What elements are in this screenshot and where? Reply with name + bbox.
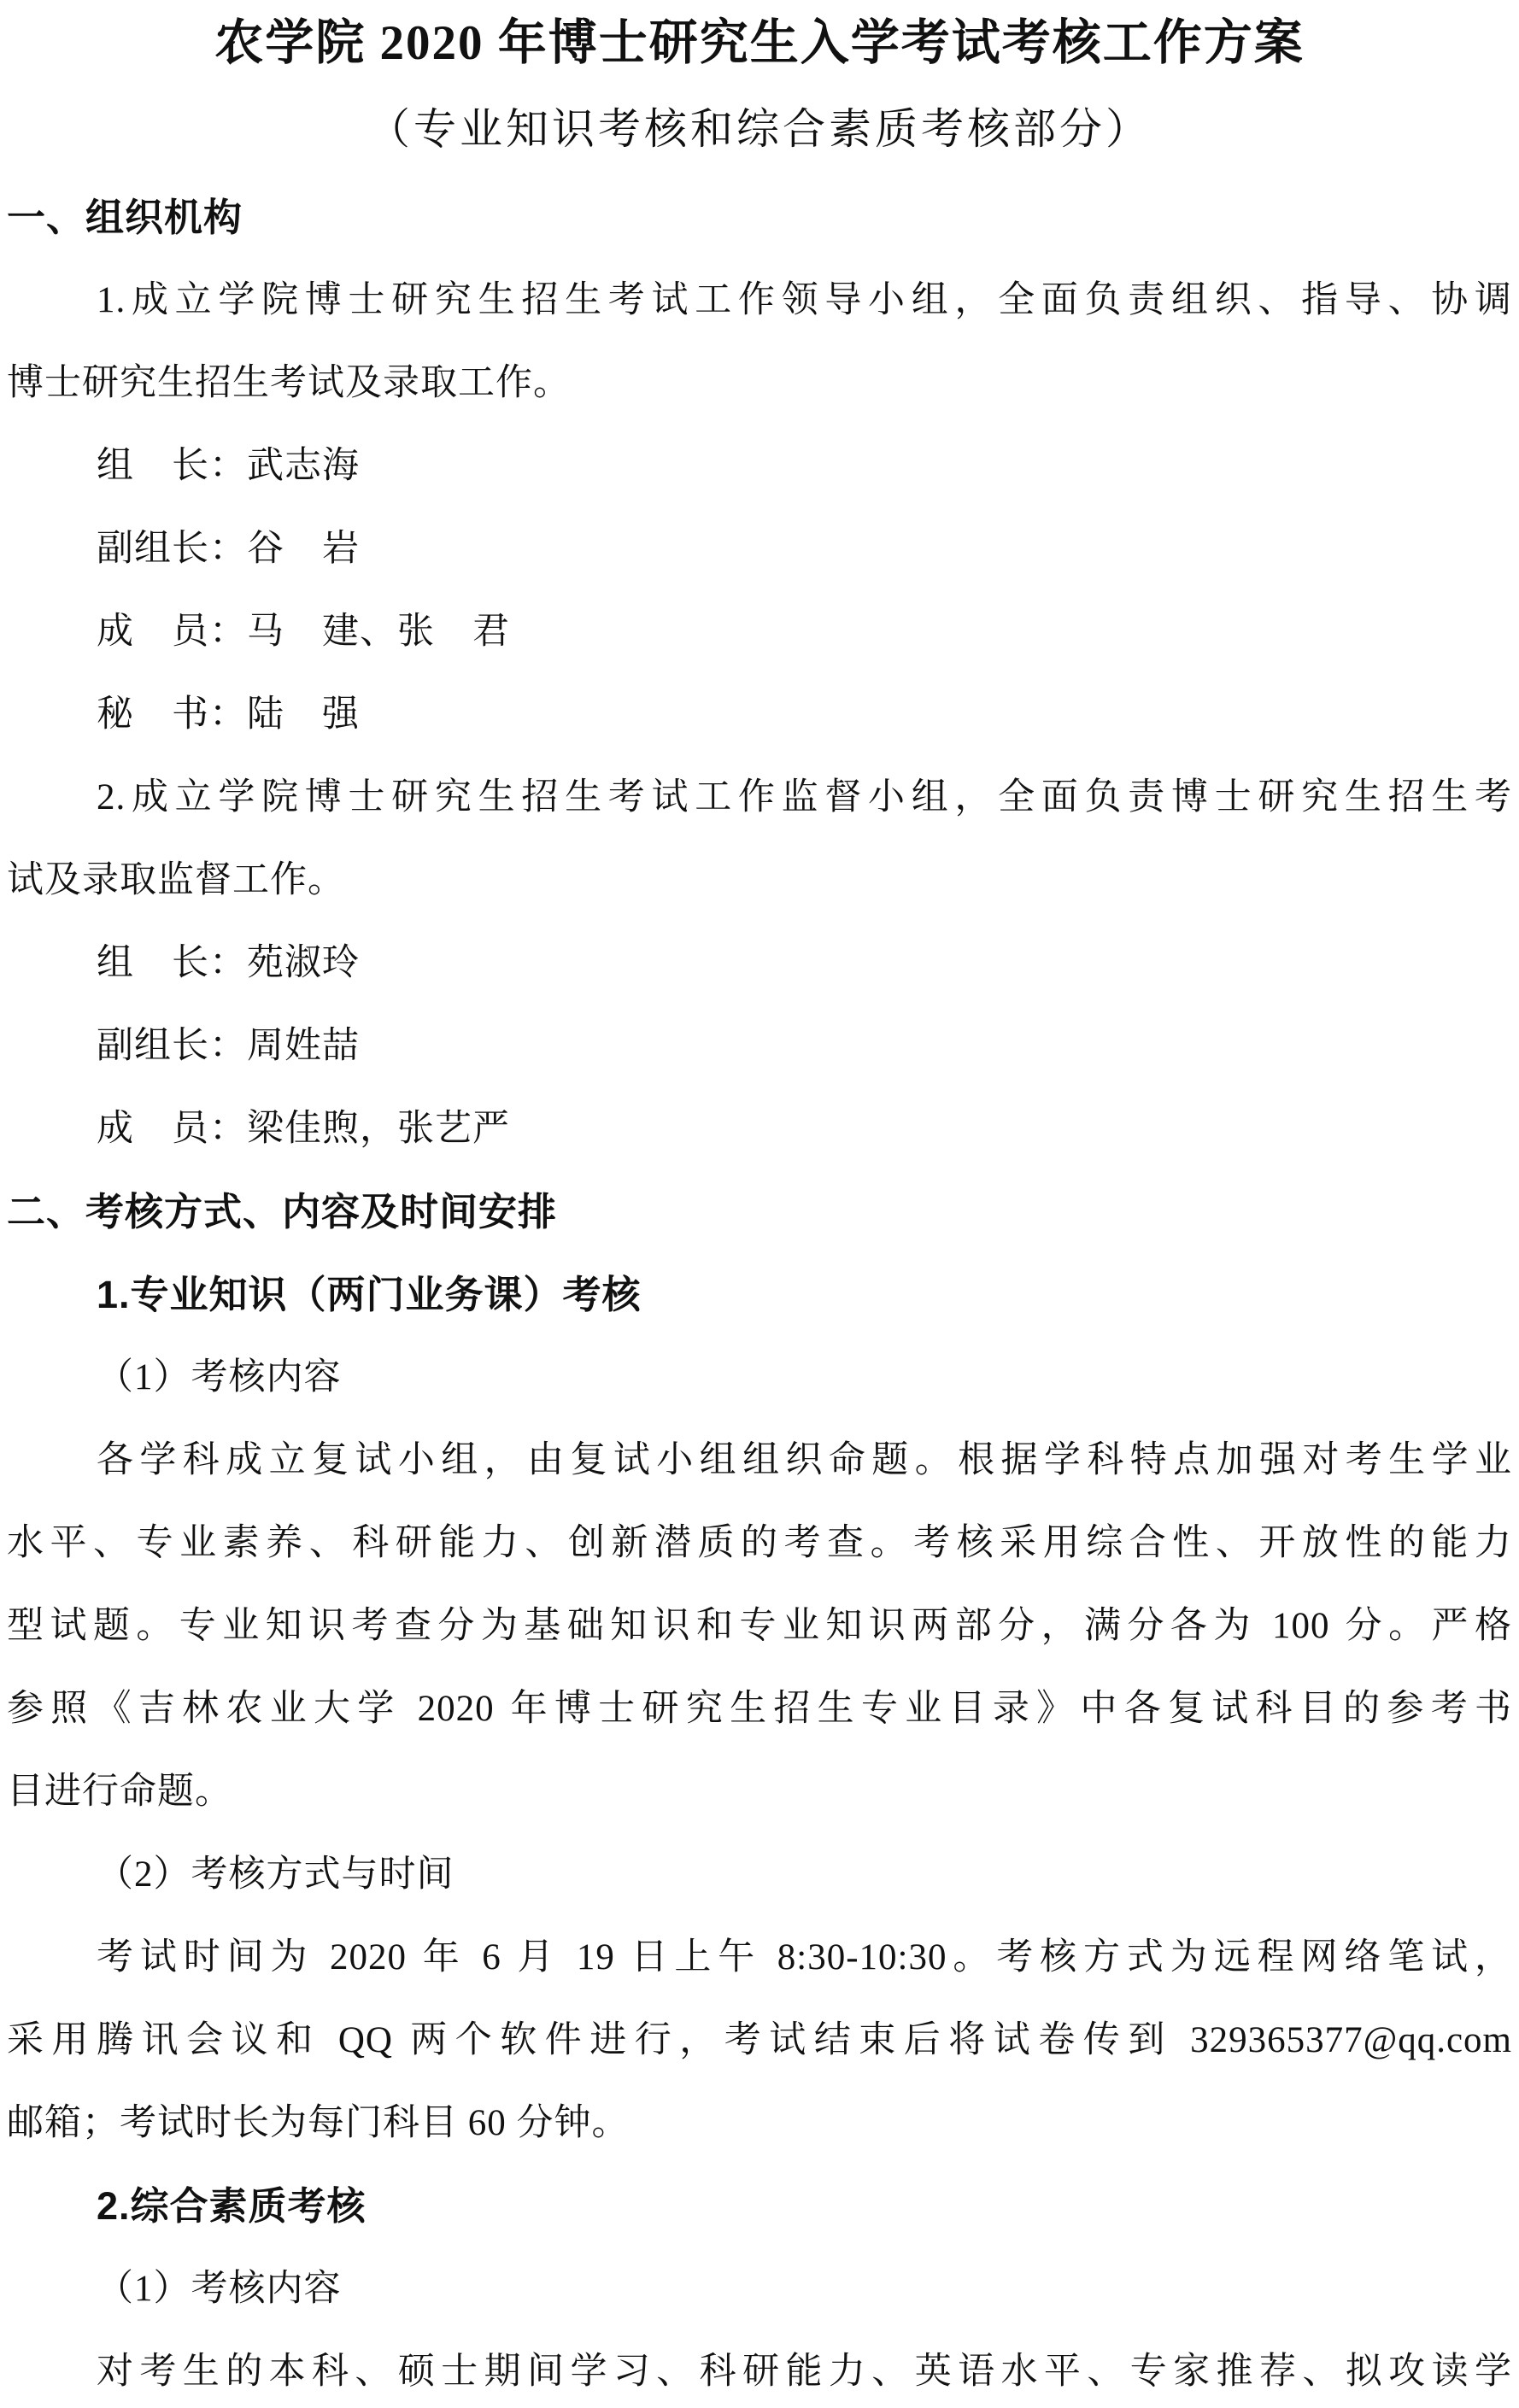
paragraph-line: 试及录取监督工作。 bbox=[7, 839, 1512, 922]
roster-line-members: 成 员：梁佳煦，张艺严 bbox=[7, 1087, 1512, 1170]
paragraph-line: 博士研究生招生考试及录取工作。 bbox=[7, 342, 1512, 425]
roster-line-leader: 组 长：武志海 bbox=[7, 425, 1512, 507]
roster-line-deputy-leader: 副组长：周姓喆 bbox=[7, 1005, 1512, 1087]
roster-line-leader: 组 长：苑淑玲 bbox=[7, 922, 1512, 1005]
paragraph-line: 目进行命题。 bbox=[7, 1750, 1512, 1833]
document-page: 农学院 2020 年博士研究生入学考试考核工作方案 （专业知识考核和综合素质考核… bbox=[0, 0, 1519, 2408]
doc-title: 农学院 2020 年博士研究生入学考试考核工作方案 bbox=[7, 5, 1512, 82]
item-1-heading: （1）考核内容 bbox=[7, 2247, 1512, 2330]
paragraph-line: 型试题。专业知识考查分为基础知识和专业知识两部分，满分各为 100 分。严格 bbox=[7, 1585, 1512, 1667]
roster-line-secretary: 秘 书：陆 强 bbox=[7, 673, 1512, 756]
subsection-2-heading: 2.综合素质考核 bbox=[7, 2165, 1512, 2247]
paragraph-line: 水平、专业素养、科研能力、创新潜质的考查。考核采用综合性、开放性的能力 bbox=[7, 1502, 1512, 1585]
subsection-1-heading: 1.专业知识（两门业务课）考核 bbox=[7, 1253, 1512, 1336]
section-2-heading: 二、考核方式、内容及时间安排 bbox=[7, 1170, 1512, 1253]
roster-line-deputy-leader: 副组长：谷 岩 bbox=[7, 507, 1512, 590]
paragraph-line: 1.成立学院博士研究生招生考试工作领导小组，全面负责组织、指导、协调 bbox=[7, 259, 1512, 342]
paragraph-line: 考试时间为 2020 年 6 月 19 日上午 8:30-10:30。考核方式为… bbox=[7, 1916, 1512, 1999]
paragraph-line: 对考生的本科、硕士期间学习、科研能力、英语水平、专家推荐、拟攻读学 bbox=[7, 2330, 1512, 2408]
paragraph-line: 邮箱；考试时长为每门科目 60 分钟。 bbox=[7, 2082, 1512, 2165]
doc-subtitle: （专业知识考核和综合素质考核部分） bbox=[7, 82, 1512, 176]
item-1-heading: （1）考核内容 bbox=[7, 1336, 1512, 1419]
section-1-heading: 一、组织机构 bbox=[7, 176, 1512, 259]
paragraph-line: 各学科成立复试小组，由复试小组组织命题。根据学科特点加强对考生学业 bbox=[7, 1419, 1512, 1502]
paragraph-line: 采用腾讯会议和 QQ 两个软件进行，考试结束后将试卷传到 329365377@q… bbox=[7, 1999, 1512, 2082]
item-2-heading: （2）考核方式与时间 bbox=[7, 1833, 1512, 1916]
paragraph-line: 2.成立学院博士研究生招生考试工作监督小组，全面负责博士研究生招生考 bbox=[7, 756, 1512, 839]
paragraph-line: 参照《吉林农业大学 2020 年博士研究生招生专业目录》中各复试科目的参考书 bbox=[7, 1667, 1512, 1750]
roster-line-members: 成 员：马 建、张 君 bbox=[7, 590, 1512, 673]
